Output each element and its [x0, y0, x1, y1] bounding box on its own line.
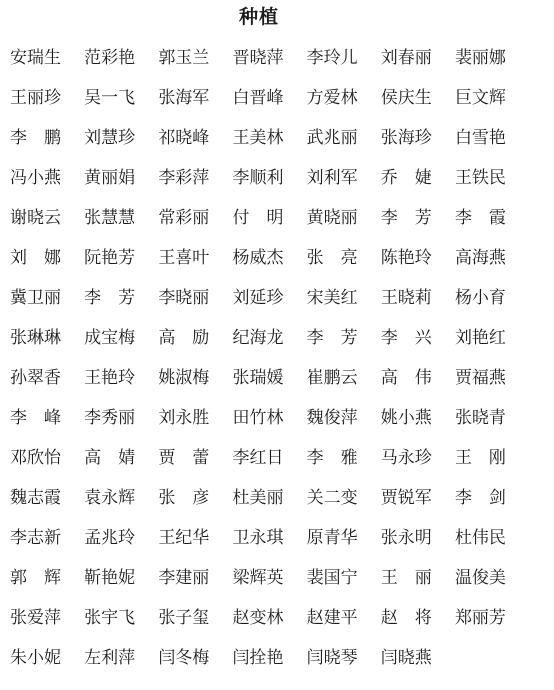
person-name: 冯小燕 [10, 163, 63, 188]
person-name: 王丽珍 [10, 83, 63, 108]
person-name: 郭玉兰 [158, 43, 211, 68]
person-name: 张晓青 [455, 403, 508, 428]
person-name: 李志新 [10, 523, 63, 548]
person-name: 晋晓萍 [232, 43, 285, 68]
person-name: 关二变 [307, 483, 360, 508]
person-name: 高 伟 [381, 363, 434, 388]
person-name: 常彩丽 [158, 203, 211, 228]
person-name: 李 霞 [455, 203, 508, 228]
person-name: 闫拴艳 [232, 643, 285, 668]
person-name: 李 鹏 [10, 123, 63, 148]
person-name: 闫晓琴 [307, 643, 360, 668]
person-name: 田竹林 [232, 403, 285, 428]
person-name: 靳艳妮 [84, 563, 137, 588]
person-name: 杜伟民 [455, 523, 508, 548]
person-name: 高 婧 [84, 443, 137, 468]
person-name: 李 兴 [381, 323, 434, 348]
person-name: 魏俊萍 [307, 403, 360, 428]
person-name: 侯庆生 [381, 83, 434, 108]
person-name: 刘利军 [307, 163, 360, 188]
person-name: 谢晓云 [10, 203, 63, 228]
person-name: 温俊美 [455, 563, 508, 588]
person-name: 王喜叶 [158, 243, 211, 268]
person-name: 付 明 [232, 203, 285, 228]
person-name: 李 峰 [10, 403, 63, 428]
person-name: 张海军 [158, 83, 211, 108]
person-name: 张永明 [381, 523, 434, 548]
person-name: 张宇飞 [84, 603, 137, 628]
person-name: 刘春丽 [381, 43, 434, 68]
person-name: 武兆丽 [307, 123, 360, 148]
person-name: 贾福燕 [455, 363, 508, 388]
person-name: 刘延珍 [232, 283, 285, 308]
person-name: 王艳玲 [84, 363, 137, 388]
person-name: 郭 辉 [10, 563, 63, 588]
person-name: 张海珍 [381, 123, 434, 148]
person-name: 白雪艳 [455, 123, 508, 148]
person-name: 孟兆玲 [84, 523, 137, 548]
person-name: 乔 婕 [381, 163, 434, 188]
person-name: 闫冬梅 [158, 643, 211, 668]
person-name: 张慧慧 [84, 203, 137, 228]
person-name: 原青华 [307, 523, 360, 548]
person-name: 裴丽娜 [455, 43, 508, 68]
person-name: 李 芳 [307, 323, 360, 348]
person-name: 刘永胜 [158, 403, 211, 428]
person-name: 王晓莉 [381, 283, 434, 308]
person-name: 王铁民 [455, 163, 508, 188]
person-name: 张子玺 [158, 603, 211, 628]
person-name: 李 雅 [307, 443, 360, 468]
person-name: 李晓丽 [158, 283, 211, 308]
person-name: 郑丽芳 [455, 603, 508, 628]
person-name: 崔鹏云 [307, 363, 360, 388]
person-name: 贾锐军 [381, 483, 434, 508]
person-name: 安瑞生 [10, 43, 63, 68]
person-name: 李 剑 [455, 483, 508, 508]
person-name: 卫永琪 [232, 523, 285, 548]
person-name: 陈艳玲 [381, 243, 434, 268]
document-page: 种植 安瑞生范彩艳郭玉兰晋晓萍李玲儿刘春丽裴丽娜王丽珍吴一飞张海军白晋峰方爱林侯… [0, 0, 554, 690]
person-name: 左利萍 [84, 643, 137, 668]
person-name: 张 彦 [158, 483, 211, 508]
person-name: 黄丽娟 [84, 163, 137, 188]
person-name: 祁晓峰 [158, 123, 211, 148]
person-name: 赵 将 [381, 603, 434, 628]
person-name: 巨文辉 [455, 83, 508, 108]
person-name: 姚淑梅 [158, 363, 211, 388]
person-name: 张 亮 [307, 243, 360, 268]
person-name: 赵建平 [307, 603, 360, 628]
person-name: 方爱林 [307, 83, 360, 108]
person-name: 张瑞媛 [232, 363, 285, 388]
person-name: 姚小燕 [381, 403, 434, 428]
person-name: 刘艳红 [455, 323, 508, 348]
person-name: 李玲儿 [307, 43, 360, 68]
person-name: 王纪华 [158, 523, 211, 548]
person-name: 马永珍 [381, 443, 434, 468]
person-name: 张爱萍 [10, 603, 63, 628]
person-name: 李 芳 [381, 203, 434, 228]
person-name: 赵变林 [232, 603, 285, 628]
person-name: 杨威杰 [232, 243, 285, 268]
person-name: 李红日 [232, 443, 285, 468]
person-name: 高 励 [158, 323, 211, 348]
person-name: 白晋峰 [232, 83, 285, 108]
person-name: 王 丽 [381, 563, 434, 588]
person-name: 王 刚 [455, 443, 508, 468]
person-name: 杜美丽 [232, 483, 285, 508]
person-name: 范彩艳 [84, 43, 137, 68]
person-name: 阮艳芳 [84, 243, 137, 268]
person-name: 刘 娜 [10, 243, 63, 268]
person-name: 李顺利 [232, 163, 285, 188]
person-name: 黄晓丽 [307, 203, 360, 228]
page-title: 种植 [10, 5, 508, 31]
person-name: 纪海龙 [232, 323, 285, 348]
name-roster-grid: 安瑞生范彩艳郭玉兰晋晓萍李玲儿刘春丽裴丽娜王丽珍吴一飞张海军白晋峰方爱林侯庆生巨… [10, 35, 508, 675]
person-name: 宋美红 [307, 283, 360, 308]
person-name: 吴一飞 [84, 83, 137, 108]
person-name: 魏志霞 [10, 483, 63, 508]
person-name: 贾 蕾 [158, 443, 211, 468]
person-name: 李建丽 [158, 563, 211, 588]
person-name: 李 芳 [84, 283, 137, 308]
person-name: 闫晓燕 [381, 643, 434, 668]
person-name: 邓欣怡 [10, 443, 63, 468]
person-name: 李彩萍 [158, 163, 211, 188]
person-name: 王美林 [232, 123, 285, 148]
person-name: 梁辉英 [232, 563, 285, 588]
person-name: 杨小育 [455, 283, 508, 308]
person-name: 成宝梅 [84, 323, 137, 348]
person-name: 孙翠香 [10, 363, 63, 388]
person-name: 高海燕 [455, 243, 508, 268]
person-name: 刘慧珍 [84, 123, 137, 148]
person-name: 冀卫丽 [10, 283, 63, 308]
person-name: 朱小妮 [10, 643, 63, 668]
person-name: 李秀丽 [84, 403, 137, 428]
person-name: 张琳琳 [10, 323, 63, 348]
person-name: 裴国宁 [307, 563, 360, 588]
person-name: 袁永辉 [84, 483, 137, 508]
